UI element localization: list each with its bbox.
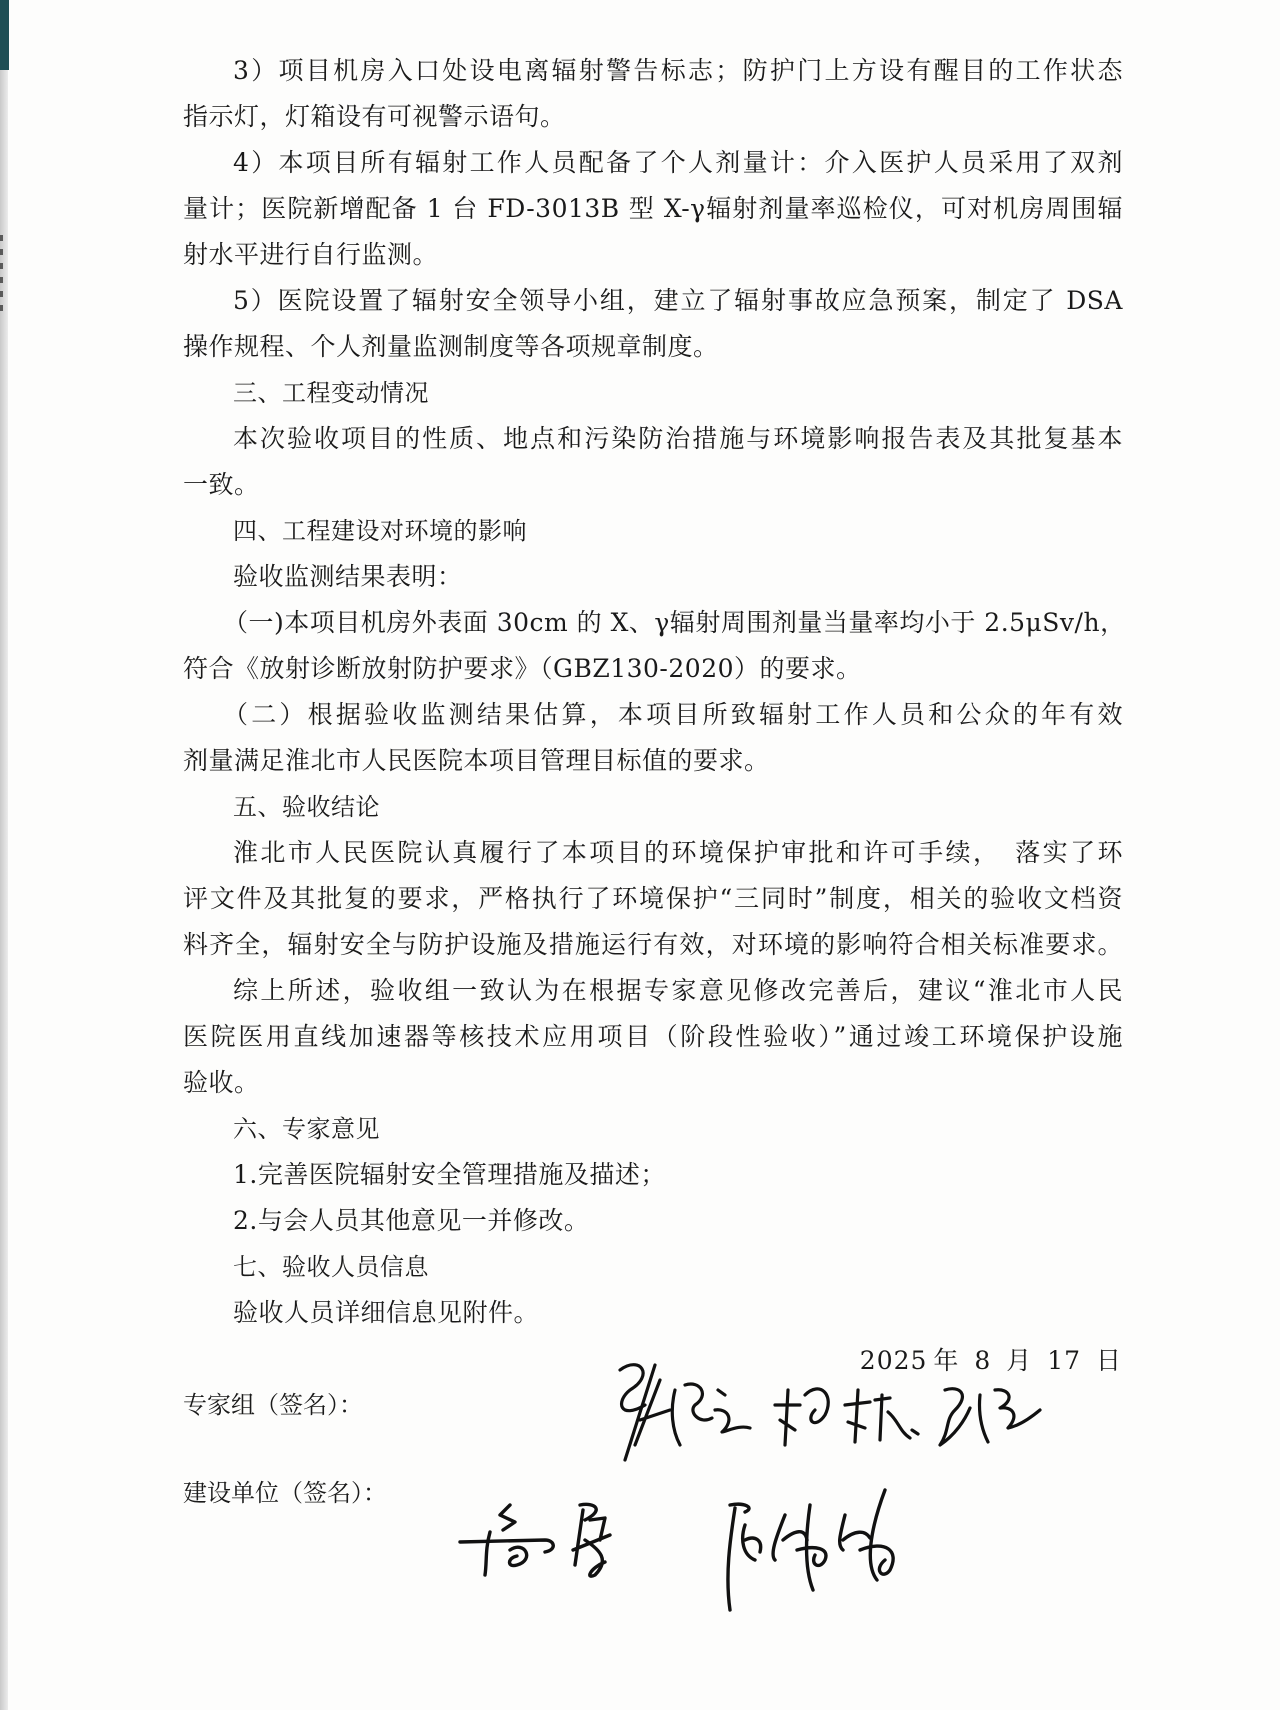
paragraph-line: 符合《放射诊断放射防护要求》（GBZ130-2020）的要求。 [183,646,1123,692]
scan-edge-teal-band [0,0,9,70]
paragraph-line: 料齐全，辐射安全与防护设施及措施运行有效，对环境的影响符合相关标准要求。 [183,922,1123,968]
paragraph-line: 综上所述，验收组一致认为在根据专家意见修改完善后，建议“淮北市人民 [183,968,1123,1014]
section-heading: 七、验收人员信息 [183,1244,1123,1290]
paragraph-line: （二）根据验收监测结果估算，本项目所致辐射工作人员和公众的年有效 [183,692,1123,738]
paragraph-line: 量计；医院新增配备 1 台 FD-3013B 型 X-γ辐射剂量率巡检仪，可对机… [183,186,1123,232]
date-day-unit: 日 [1096,1346,1122,1375]
handwritten-signature-icon [445,1480,965,1620]
paragraph-line: 3）项目机房入口处设电离辐射警告标志；防护门上方设有醒目的工作状态 [183,48,1123,94]
section-heading: 六、专家意见 [183,1106,1123,1152]
section-heading: 三、工程变动情况 [183,370,1123,416]
handwritten-signature-icon [600,1350,1060,1490]
paragraph-line: 本次验收项目的性质、地点和污染防治措施与环境影响报告表及其批复基本 [183,416,1123,462]
expert-group-signature-label: 专家组（签名）： [183,1382,363,1428]
paragraph-line: 指示灯，灯箱设有可视警示语句。 [183,94,1123,140]
paragraph-line: 验收人员详细信息见附件。 [183,1290,1123,1336]
paragraph-line: 5）医院设置了辐射安全领导小组，建立了辐射事故应急预案，制定了 DSA [183,278,1123,324]
paragraph-line: 操作规程、个人剂量监测制度等各项规章制度。 [183,324,1123,370]
construction-unit-signature-label: 建设单位（签名）： [183,1470,387,1516]
paragraph-line: 射水平进行自行监测。 [183,232,1123,278]
paragraph-line: 淮北市人民医院认真履行了本项目的环境保护审批和许可手续， 落实了环 [183,830,1123,876]
construction-unit-signatures [445,1480,965,1620]
section-heading: 五、验收结论 [183,784,1123,830]
paragraph-line: 验收。 [183,1060,1123,1106]
paragraph-line: 医院医用直线加速器等核技术应用项目（阶段性验收）”通过竣工环境保护设施 [183,1014,1123,1060]
document-body: 3）项目机房入口处设电离辐射警告标志；防护门上方设有醒目的工作状态 指示灯，灯箱… [183,48,1123,1336]
scan-edge-marks [0,235,3,315]
expert-group-signatures [600,1350,1060,1490]
paragraph-line: 1.完善医院辐射安全管理措施及描述； [183,1152,1123,1198]
paragraph-line: 4）本项目所有辐射工作人员配备了个人剂量计：介入医护人员采用了双剂 [183,140,1123,186]
paragraph-line: （一)本项目机房外表面 30cm 的 X、γ辐射周围剂量当量率均小于 2.5μS… [183,600,1123,646]
paragraph-line: 一致。 [183,462,1123,508]
paragraph-line: 2.与会人员其他意见一并修改。 [183,1198,1123,1244]
paragraph-line: 评文件及其批复的要求，严格执行了环境保护“三同时”制度，相关的验收文档资 [183,876,1123,922]
paragraph-line: 剂量满足淮北市人民医院本项目管理目标值的要求。 [183,738,1123,784]
section-heading: 四、工程建设对环境的影响 [183,508,1123,554]
paragraph-line: 验收监测结果表明： [183,554,1123,600]
